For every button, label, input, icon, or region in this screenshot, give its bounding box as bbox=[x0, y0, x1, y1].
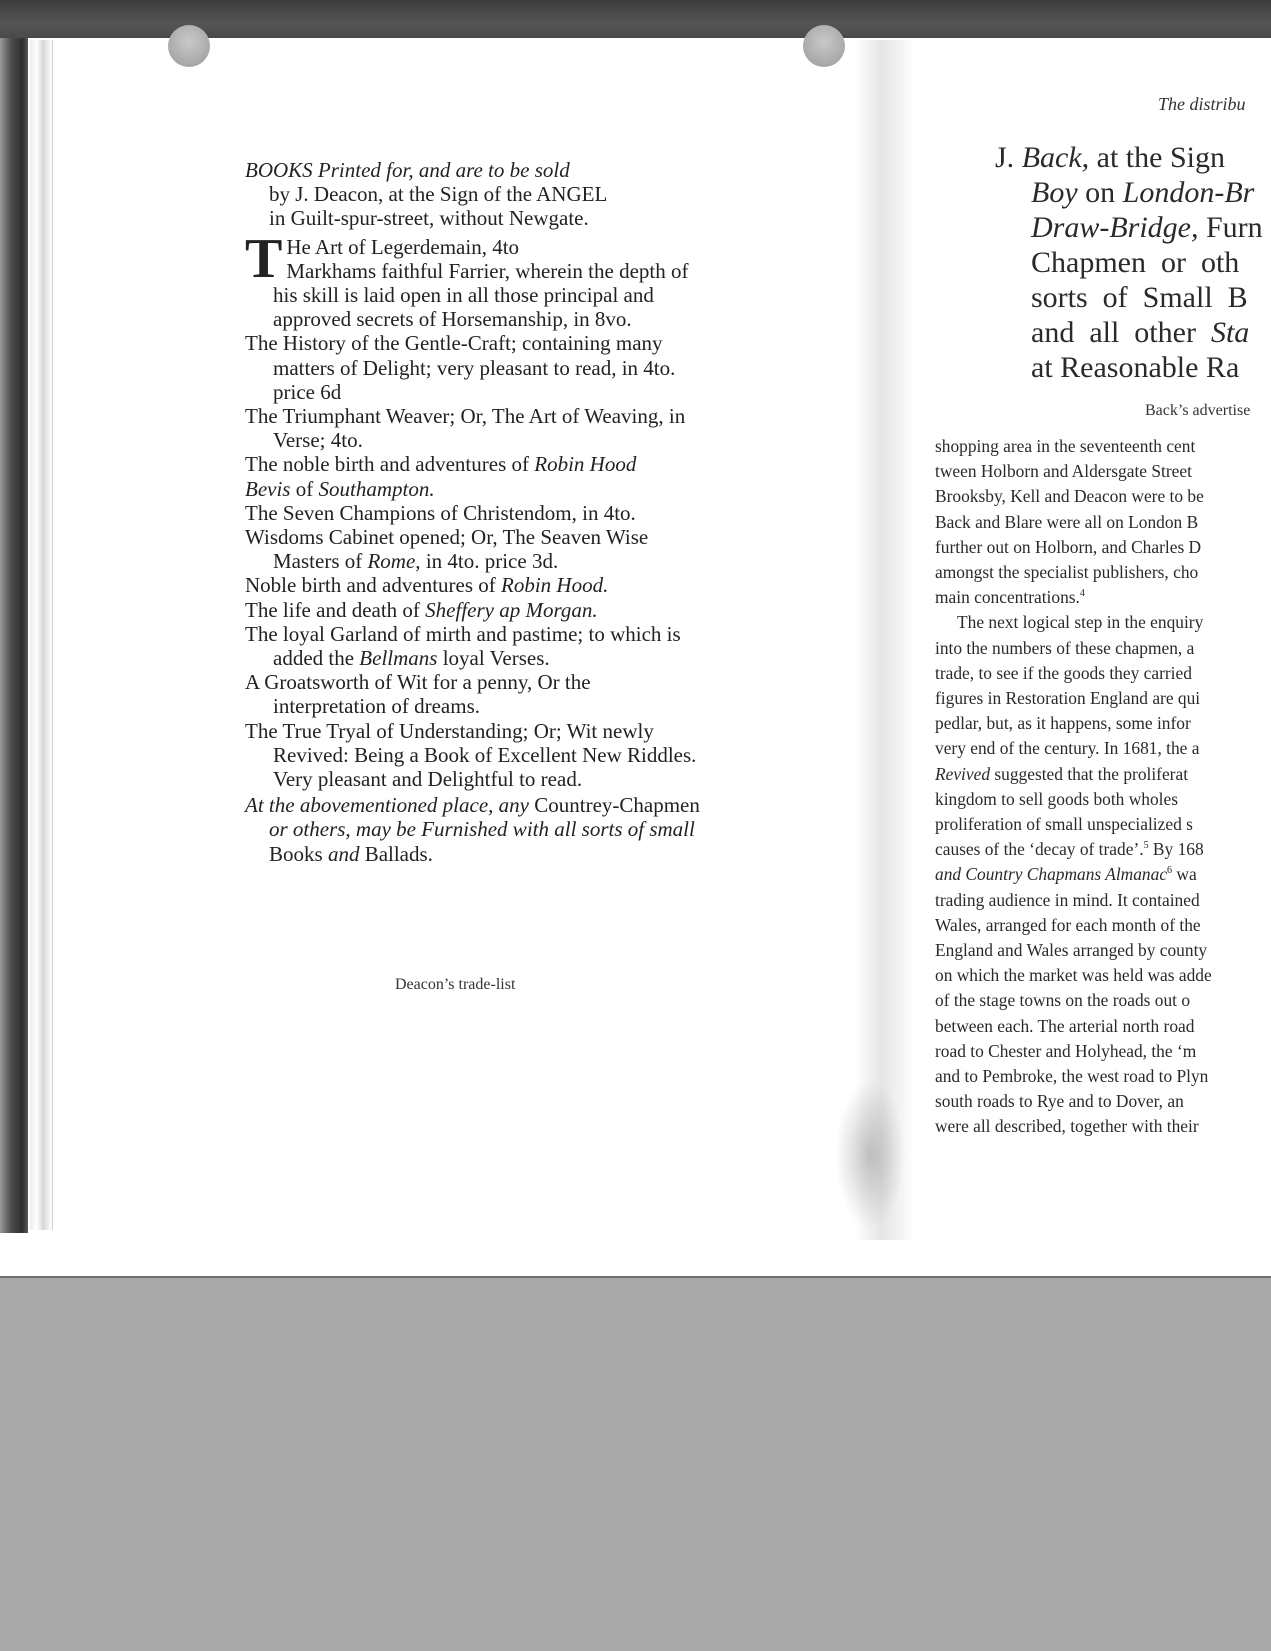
entry-italic: Bellmans bbox=[359, 646, 437, 670]
advert-line: sorts of Small B bbox=[995, 280, 1271, 315]
body-text-run: Brooksby, Kell and Deacon were to be bbox=[935, 486, 1204, 506]
body-text-run: trade, to see if the goods they carried bbox=[935, 663, 1192, 683]
entry-italic: Bevis bbox=[245, 477, 290, 501]
body-line: The next logical step in the enquiry bbox=[935, 610, 1271, 635]
figure-caption-left: Deacon’s trade-list bbox=[395, 976, 515, 994]
advert-italic: Draw-Bridge, bbox=[1031, 211, 1199, 244]
list-item: The life and death of Sheffery ap Morgan… bbox=[245, 598, 705, 622]
body-line: England and Wales arranged by county bbox=[935, 938, 1271, 963]
entry-text: A Groatsworth of Wit for a penny, Or the… bbox=[245, 670, 591, 718]
entry-text: Noble birth and adventures of bbox=[245, 573, 501, 597]
advert-text: J. bbox=[995, 141, 1022, 174]
body-text-run: tween Holborn and Aldersgate Street bbox=[935, 461, 1192, 481]
advert-line: at Reasonable Ra bbox=[995, 350, 1271, 385]
entry-italic: Southampton. bbox=[318, 477, 434, 501]
list-item: Noble birth and adventures of Robin Hood… bbox=[245, 573, 705, 597]
footer-text: Countrey-Chapmen bbox=[529, 793, 700, 817]
trade-list-heading: BOOKS Printed for, and are to be sold by… bbox=[245, 158, 705, 231]
body-text-run: England and Wales arranged by county bbox=[935, 940, 1207, 960]
advert-line: Boy on London-Br bbox=[995, 175, 1271, 210]
body-text-run: pedlar, but, as it happens, some infor bbox=[935, 713, 1191, 733]
body-text-run: and to Pembroke, the west road to Plyn bbox=[935, 1066, 1208, 1086]
entry-text: Markhams faithful Farrier, wherein the d… bbox=[273, 259, 688, 331]
body-text-run: By 168 bbox=[1149, 839, 1204, 859]
entry-text: loyal Verses. bbox=[437, 646, 549, 670]
body-line: tween Holborn and Aldersgate Street bbox=[935, 459, 1271, 484]
body-line: Back and Blare were all on London B bbox=[935, 510, 1271, 535]
body-line: Revived suggested that the proliferat bbox=[935, 762, 1271, 787]
body-line: pedlar, but, as it happens, some infor bbox=[935, 711, 1271, 736]
entry-italic: Rome, bbox=[367, 549, 420, 573]
body-line: and Country Chapmans Almanac6 wa bbox=[935, 862, 1271, 887]
entry-text: The life and death of bbox=[245, 598, 425, 622]
body-text-run: causes of the ‘decay of trade’. bbox=[935, 839, 1144, 859]
body-line: on which the market was held was adde bbox=[935, 963, 1271, 988]
entry-italic: Robin Hood. bbox=[501, 573, 608, 597]
entry-text: The Triumphant Weaver; Or, The Art of We… bbox=[245, 404, 685, 452]
body-line: and to Pembroke, the west road to Plyn bbox=[935, 1064, 1271, 1089]
body-text-run: proliferation of small unspecialized s bbox=[935, 814, 1193, 834]
body-line: trade, to see if the goods they carried bbox=[935, 661, 1271, 686]
body-text-run: shopping area in the seventeenth cent bbox=[935, 436, 1195, 456]
body-text-run: road to Chester and Holyhead, the ‘m bbox=[935, 1041, 1196, 1061]
body-text-run: very end of the century. In 1681, the a bbox=[935, 738, 1199, 758]
footer-italic: and bbox=[328, 842, 360, 866]
advert-italic: Sta bbox=[1211, 316, 1249, 349]
body-line: south roads to Rye and to Dover, an bbox=[935, 1089, 1271, 1114]
advert-line: J. Back, at the Sign bbox=[995, 140, 1271, 175]
body-text-run: further out on Holborn, and Charles D bbox=[935, 537, 1201, 557]
body-text: shopping area in the seventeenth centtwe… bbox=[935, 434, 1271, 1140]
advert-text: at the Sign bbox=[1089, 141, 1225, 174]
body-text-run: wa bbox=[1172, 864, 1197, 884]
body-line: of the stage towns on the roads out o bbox=[935, 988, 1271, 1013]
back-advertisement: J. Back, at the Sign Boy on London-Br Dr… bbox=[995, 140, 1271, 385]
body-line: Wales, arranged for each month of the bbox=[935, 913, 1271, 938]
figure-caption-right: Back’s advertise bbox=[1145, 402, 1250, 420]
list-item: Wisdoms Cabinet opened; Or, The Seaven W… bbox=[245, 525, 705, 573]
punch-hole-right bbox=[803, 25, 845, 67]
running-head: The distribu bbox=[1158, 94, 1246, 115]
body-text-run: kingdom to sell goods both wholes bbox=[935, 789, 1178, 809]
book-binding-shadow bbox=[0, 38, 28, 1233]
body-line: road to Chester and Holyhead, the ‘m bbox=[935, 1039, 1271, 1064]
heading-line-3: in Guilt-spur-street, without Newgate. bbox=[269, 206, 705, 230]
list-item: Bevis of Southampton. bbox=[245, 477, 705, 501]
body-text-run: were all described, together with their bbox=[935, 1116, 1199, 1136]
gutter-shadow bbox=[855, 40, 915, 1240]
list-item: The loyal Garland of mirth and pastime; … bbox=[245, 622, 705, 670]
body-line: very end of the century. In 1681, the a bbox=[935, 736, 1271, 761]
advert-text: on bbox=[1078, 176, 1123, 209]
advert-line: and all other Sta bbox=[995, 315, 1271, 350]
body-text-run: south roads to Rye and to Dover, an bbox=[935, 1091, 1184, 1111]
entry-text: The True Tryal of Understanding; Or; Wit… bbox=[245, 719, 696, 791]
entry-text: of bbox=[290, 477, 318, 501]
body-italic: Revived bbox=[935, 764, 990, 784]
body-line: causes of the ‘decay of trade’.5 By 168 bbox=[935, 837, 1271, 862]
body-line: further out on Holborn, and Charles D bbox=[935, 535, 1271, 560]
body-text-run: figures in Restoration England are qui bbox=[935, 688, 1200, 708]
advert-text: and all other bbox=[1031, 316, 1211, 349]
advert-italic: Boy bbox=[1031, 176, 1078, 209]
body-text-run: between each. The arterial north road bbox=[935, 1016, 1194, 1036]
body-line: trading audience in mind. It contained bbox=[935, 888, 1271, 913]
body-line: shopping area in the seventeenth cent bbox=[935, 434, 1271, 459]
advert-line: Chapmen or oth bbox=[995, 245, 1271, 280]
footer-italic: or others, may be Furnished with all sor… bbox=[269, 817, 695, 841]
page-edges bbox=[30, 40, 53, 1230]
body-line: figures in Restoration England are qui bbox=[935, 686, 1271, 711]
body-text-run: Wales, arranged for each month of the bbox=[935, 915, 1201, 935]
list-item: The History of the Gentle-Craft; contain… bbox=[245, 331, 705, 404]
list-item: A Groatsworth of Wit for a penny, Or the… bbox=[245, 670, 705, 718]
entry-text: in 4to. price 3d. bbox=[421, 549, 559, 573]
advert-italic: London-Br bbox=[1123, 176, 1255, 209]
deacon-trade-list: BOOKS Printed for, and are to be sold by… bbox=[245, 158, 705, 866]
trade-list-footer: At the abovementioned place, any Countre… bbox=[245, 793, 705, 866]
body-line: Brooksby, Kell and Deacon were to be bbox=[935, 484, 1271, 509]
body-line: between each. The arterial north road bbox=[935, 1014, 1271, 1039]
footer-italic: At the abovementioned place, any bbox=[245, 793, 529, 817]
heading-line-2: by J. Deacon, at the Sign of the ANGEL bbox=[269, 182, 705, 206]
advert-line: Draw-Bridge, Furn bbox=[995, 210, 1271, 245]
body-italic: and Country Chapmans Almanac bbox=[935, 864, 1167, 884]
body-line: amongst the specialist publishers, cho bbox=[935, 560, 1271, 585]
advert-text: Furn bbox=[1199, 211, 1263, 244]
body-line: into the numbers of these chapmen, a bbox=[935, 636, 1271, 661]
body-line: proliferation of small unspecialized s bbox=[935, 812, 1271, 837]
body-text-run: on which the market was held was adde bbox=[935, 965, 1212, 985]
list-item: Markhams faithful Farrier, wherein the d… bbox=[245, 259, 705, 332]
entry-italic: Sheffery ap Morgan. bbox=[425, 598, 597, 622]
body-line: were all described, together with their bbox=[935, 1114, 1271, 1139]
list-item: The True Tryal of Understanding; Or; Wit… bbox=[245, 719, 705, 792]
advert-italic: Back, bbox=[1022, 141, 1089, 174]
body-text-run: of the stage towns on the roads out o bbox=[935, 990, 1190, 1010]
body-text-run: suggested that the proliferat bbox=[990, 764, 1188, 784]
drop-cap: T bbox=[245, 237, 282, 281]
list-item: THe Art of Legerdemain, 4to bbox=[245, 235, 705, 259]
body-line: kingdom to sell goods both wholes bbox=[935, 787, 1271, 812]
footer-text: Ballads. bbox=[359, 842, 433, 866]
body-text-run: main concentrations. bbox=[935, 587, 1080, 607]
punch-hole-left bbox=[168, 25, 210, 67]
body-line: main concentrations.4 bbox=[935, 585, 1271, 610]
scanned-book-spread: BOOKS Printed for, and are to be sold by… bbox=[0, 0, 1271, 1278]
footer-text: Books bbox=[269, 842, 328, 866]
body-text-run: amongst the specialist publishers, cho bbox=[935, 562, 1198, 582]
list-item: The noble birth and adventures of Robin … bbox=[245, 452, 705, 476]
gutter-smudge bbox=[835, 1080, 905, 1230]
entry-text: The History of the Gentle-Craft; contain… bbox=[245, 331, 675, 403]
heading-line-1: BOOKS Printed for, and are to be sold bbox=[245, 158, 570, 182]
entry-text: The Seven Champions of Christendom, in 4… bbox=[245, 501, 636, 525]
body-text-run: into the numbers of these chapmen, a bbox=[935, 638, 1194, 658]
entry-text: He Art of Legerdemain, 4to bbox=[286, 235, 519, 259]
list-item: The Triumphant Weaver; Or, The Art of We… bbox=[245, 404, 705, 452]
body-text-run: trading audience in mind. It contained bbox=[935, 890, 1200, 910]
footnote-marker: 4 bbox=[1080, 588, 1085, 599]
entry-text: The noble birth and adventures of bbox=[245, 452, 534, 476]
list-item: The Seven Champions of Christendom, in 4… bbox=[245, 501, 705, 525]
entry-italic: Robin Hood bbox=[534, 452, 636, 476]
body-text-run: The next logical step in the enquiry bbox=[957, 612, 1203, 632]
body-text-run: Back and Blare were all on London B bbox=[935, 512, 1198, 532]
